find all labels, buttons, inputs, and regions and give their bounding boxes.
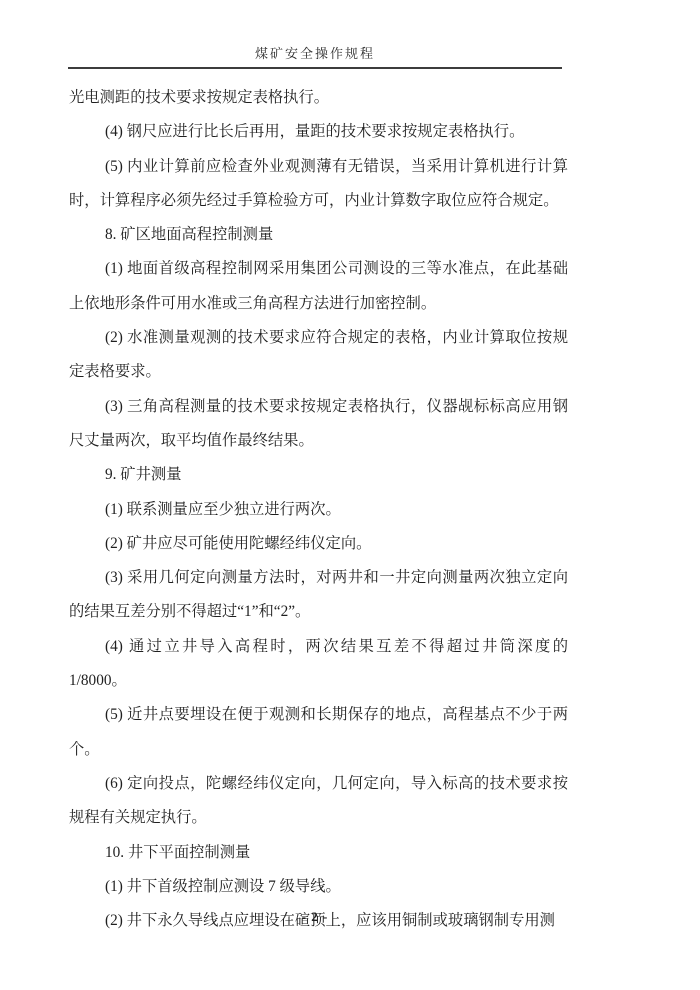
- list-item-paragraph: (4) 钢尺应进行比长后再用，量距的技术要求按规定表格执行。: [69, 115, 568, 149]
- list-item-paragraph: (5) 近井点要埋设在便于观测和长期保存的地点，高程基点不少于两个。: [69, 698, 568, 767]
- list-item-paragraph: (5) 内业计算前应检查外业观测薄有无错误，当采用计算机进行计算时，计算程序必须…: [69, 150, 568, 219]
- list-item-paragraph: (6) 定向投点，陀螺经纬仪定向，几何定向，导入标高的技术要求按规程有关规定执行…: [69, 767, 568, 836]
- page-header-title: 煤矿安全操作规程: [68, 45, 562, 63]
- list-item-paragraph: (2) 水准测量观测的技术要求应符合规定的表格，内业计算取位按规定表格要求。: [69, 321, 568, 390]
- section-heading-9: 9. 矿井测量: [69, 458, 568, 492]
- list-item-paragraph: (1) 联系测量应至少独立进行两次。: [69, 493, 568, 527]
- list-item-paragraph: (3) 三角高程测量的技术要求按规定表格执行，仪器觇标标高应用钢尺丈量两次，取平…: [69, 390, 568, 459]
- list-item-paragraph: (1) 井下首级控制应测设 7 级导线。: [69, 870, 568, 904]
- document-body: 光电测距的技术要求按规定表格执行。 (4) 钢尺应进行比长后再用，量距的技术要求…: [69, 81, 568, 938]
- list-item-paragraph: (4) 通过立井导入高程时，两次结果互差不得超过井筒深度的 1/8000。: [69, 630, 568, 699]
- page-number: - 2 -: [68, 909, 562, 925]
- section-heading-8: 8. 矿区地面高程控制测量: [69, 218, 568, 252]
- header-rule: [68, 67, 562, 69]
- list-item-paragraph: (3) 采用几何定向测量方法时，对两井和一井定向测量两次独立定向的结果互差分别不…: [69, 561, 568, 630]
- list-item-paragraph: (1) 地面首级高程控制网采用集团公司测设的三等水准点，在此基础上依地形条件可用…: [69, 252, 568, 321]
- list-item-paragraph: (2) 矿井应尽可能使用陀螺经纬仪定向。: [69, 527, 568, 561]
- paragraph-continuation: 光电测距的技术要求按规定表格执行。: [69, 81, 568, 115]
- section-heading-10: 10. 井下平面控制测量: [69, 836, 568, 870]
- document-page: 煤矿安全操作规程 光电测距的技术要求按规定表格执行。 (4) 钢尺应进行比长后再…: [0, 0, 700, 990]
